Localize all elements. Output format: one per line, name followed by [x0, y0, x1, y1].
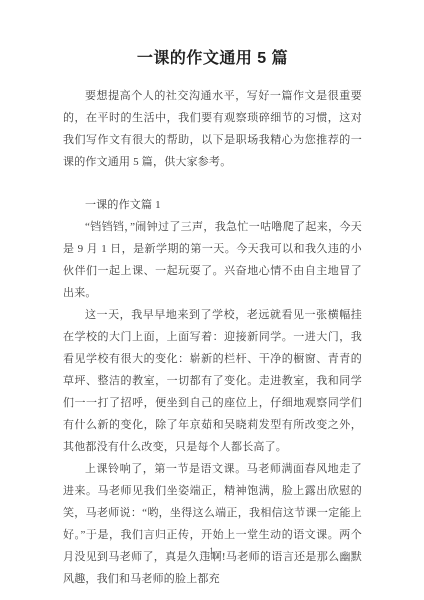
- document-page: 一课的作文通用 5 篇 要想提高个人的社交沟通水平，写好一篇作文是很重要的，在平…: [0, 0, 424, 600]
- section-heading-essay-1: 一课的作文篇 1: [63, 194, 362, 216]
- intro-paragraph: 要想提高个人的社交沟通水平，写好一篇作文是很重要的，在平时的生活中，我们要有观察…: [63, 85, 362, 173]
- body-paragraph: 上课铃响了，第一节是语文课。马老师满面春风地走了进来。马老师见我们坐姿端正，精神…: [63, 458, 362, 590]
- body-paragraph: 这一天，我早早地来到了学校，老远就看见一张横幅挂在学校的大门上面，上面写着：迎接…: [63, 304, 362, 458]
- body-paragraph: “铛铛铛，”闹钟过了三声，我急忙一咕噜爬了起来，今天是 9 月 1 日，是新学期…: [63, 216, 362, 304]
- page-title: 一课的作文通用 5 篇: [63, 46, 362, 72]
- page-number: - 1 -: [0, 544, 424, 558]
